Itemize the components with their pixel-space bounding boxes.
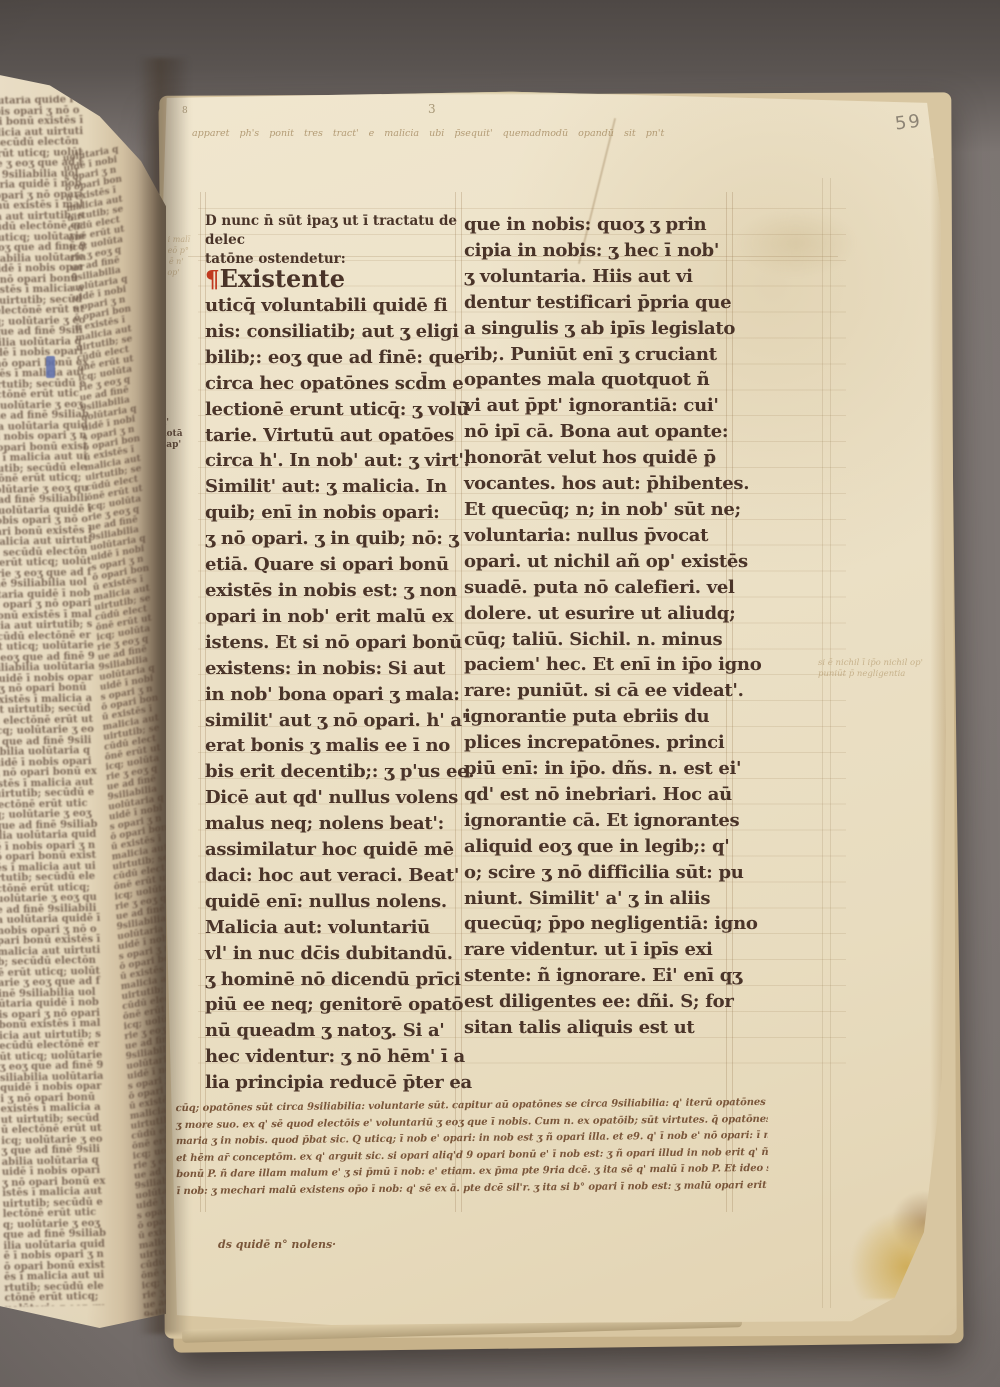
text-line: bilib;: eoʒ que ad finē: que — [205, 345, 465, 371]
text-line: si ē nichil ī ip̄o nichil op' — [818, 658, 936, 669]
text-line: q̄ i malī — [160, 234, 202, 245]
text-line: quib; enī in nobis opari: — [205, 500, 465, 526]
manuscript-page: apparet ph's ponit tres tract' e malicia… — [158, 88, 946, 1325]
text-line: ʒ nō opari. ʒ in quib; nō: ʒ — [205, 526, 465, 552]
text-line: lectionē erunt uticq̄: ʒ volū — [205, 397, 465, 423]
text-line: opari in nob' erit malū ex — [205, 604, 465, 630]
text-line: rare videntur. ut ī ipīs exi — [464, 937, 724, 963]
red-paraph-mark: ¶ — [205, 266, 220, 293]
text-line: sitan talis aliquis est ut — [464, 1015, 724, 1041]
text-line: assimilatur hoc quidē mē — [205, 837, 465, 863]
text-line: piū ee neq; genitorē opatō — [205, 992, 465, 1018]
quire-mark: 3 — [428, 102, 436, 116]
text-line: etiā. Quare si opari bonū — [205, 552, 465, 578]
text-line: honorāt velut hos quidē p̄ — [464, 445, 724, 471]
text-line: piū enī: in ip̄o. dñs. n. est ei' — [464, 756, 724, 782]
text-line: opantes mala quotquot ñ — [464, 367, 724, 393]
text-line: Dicē aut qd' nullus volens — [205, 785, 465, 811]
text-line: niunt. Similit' a' ʒ in aliis — [464, 886, 724, 912]
ruling-line — [822, 178, 823, 1308]
text-column-right: que in nobis: quoʒ ʒ principia in nobis:… — [464, 212, 724, 1041]
text-line: aliquid eoʒ que in legib;: q' — [464, 834, 724, 860]
text-line: qd' est nō inebriari. Hoc aū — [464, 782, 724, 808]
text-line: malus neq; nolens beat': — [205, 811, 465, 837]
text-line: nū queadm ʒ natoʒ. Si a' — [205, 1018, 465, 1044]
text-line: circa hec opatōnes scd̄m e — [205, 371, 465, 397]
folio-number: 59 — [894, 110, 923, 134]
ruling-line — [726, 192, 727, 1212]
text-line: plices increpatōnes. princi — [464, 730, 724, 756]
text-line: istens. Et si nō opari bonū — [205, 630, 465, 656]
text-line: erat bonis ʒ malis ee ī no — [205, 733, 465, 759]
text-line: cūq; taliū. Sichil. n. minus — [464, 627, 724, 653]
text-line: est diligentes ee: dñi. S; for — [464, 989, 724, 1015]
text-line: tarie. Virtutū aut opatōes — [205, 423, 465, 449]
gloss-note: ds quidē n° nolens· — [218, 1238, 336, 1251]
text-line: ā op' — [160, 267, 202, 278]
text-line: lia principia reducē p̄ter ea — [205, 1070, 465, 1096]
bottom-gloss: cūq; opatōnes sūt circa 9siliabilia: … — [175, 1095, 768, 1200]
text-line: voluntaria: nullus p̄vocat — [464, 523, 724, 549]
ruling-line — [732, 192, 733, 1212]
photo-background: apparet ph's ponit tres tract' e malicia… — [0, 0, 1000, 1387]
text-line: vl' in nuc dc̄is dubitandū. — [205, 941, 465, 967]
text-column-left: D nunc n̄ sūt ipaʒ ut ī tractatu de de… — [205, 212, 465, 1096]
text-line: in nob' bona opari ʒ mala: — [205, 682, 465, 708]
header-inscription: apparet ph's ponit tres tract' e malicia… — [192, 128, 682, 139]
text-lines: que in nobis: quoʒ ʒ principia in nobis:… — [464, 212, 724, 1041]
corner-mark: 8 — [182, 106, 188, 116]
text-line: quidē enī: nullus nolens. — [205, 889, 465, 915]
ruling-line — [830, 178, 831, 1308]
text-line: dolere. ut esurire ut aliudq; — [464, 601, 724, 627]
text-line-small: tatōne ostendetur: ¶Existente — [205, 250, 465, 293]
text-line: Malicia aut: voluntariū — [205, 915, 465, 941]
text-line: ʒ hominē nō dicendū prīci — [205, 967, 465, 993]
text-line: Et quecūq; n; in nob' sūt ne; — [464, 497, 724, 523]
text-line: ignorantie cā. Et ignorantes — [464, 808, 724, 834]
text-line: 9 eō p° — [160, 245, 202, 256]
text-line: uticq̄ voluntabili quidē fi — [205, 293, 465, 319]
blue-paraph-mark — [46, 356, 55, 378]
text-line: bis erit decentib;: ʒ p'us ee. — [205, 759, 465, 785]
text-line: o; scire ʒ nō difficilia sūt: pu — [464, 860, 724, 886]
text-line: ignorantie puta ebriis du — [464, 704, 724, 730]
text-line: dentur testificari p̄pria que — [464, 290, 724, 316]
text-line: nis: consiliatib; aut ʒ eligi — [205, 319, 465, 345]
text-line: paciem' hec. Et enī in ip̄o igno — [464, 652, 724, 678]
facing-page: uolūtaria quidē ī nobis opari ʒ nō o… — [0, 52, 166, 1337]
text-line-small: D nunc n̄ sūt ipaʒ ut ī tractatu de de… — [205, 212, 465, 250]
margin-note-faint: q̄ i malī9 eō p°s' ē n'ā op' — [160, 234, 202, 278]
text-line: nō ipī cā. Bona aut opante: — [464, 419, 724, 445]
text-line: vocantes. hos aut: p̄hibentes. — [464, 471, 724, 497]
text-lines: uticq̄ voluntabili quidē finis: consili… — [205, 293, 465, 1096]
text-line: suadē. puta nō calefieri. vel — [464, 575, 724, 601]
text-line: cipia in nobis: ʒ hec ī nob' — [464, 238, 724, 264]
text-line: existens: in nobis: Si aut — [205, 656, 465, 682]
text-line: existēs in nobis est: ʒ non — [205, 578, 465, 604]
text-line: similit' aut ʒ nō opari. h' a' — [205, 708, 465, 734]
text-line: puniūt p̄ negligentia — [818, 669, 936, 680]
text-line: a singulis ʒ ab ipīs legislato — [464, 316, 724, 342]
text-line: daci: hoc aut veraci. Beat' — [205, 863, 465, 889]
text-line: quecūq; p̄po negligentiā: igno — [464, 911, 724, 937]
text-line: s' ē n' — [160, 256, 202, 267]
text-line: hec videntur: ʒ nō hēm' ī a — [205, 1044, 465, 1070]
margin-note-right: si ē nichil ī ip̄o nichil op'puniūt p… — [818, 658, 936, 680]
ruling-line — [200, 192, 201, 1212]
text-line: Similit' aut: ʒ malicia. In — [205, 474, 465, 500]
incipit-word: Existente — [220, 264, 345, 293]
text-line: que in nobis: quoʒ ʒ prin — [464, 212, 724, 238]
text-line: ʒ voluntaria. Hiis aut vi — [464, 264, 724, 290]
text-line: rare: puniūt. si cā ee videat'. — [464, 678, 724, 704]
text-line: vi aut p̄pt' ignorantiā: cui' — [464, 393, 724, 419]
text-line: opari. ut nichil añ op' existēs — [464, 549, 724, 575]
text-line: rib;. Puniūt enī ʒ cruciant — [464, 342, 724, 368]
text-line: circa h'. In nob' aut: ʒ virt'. — [205, 448, 465, 474]
text-line: stente: ñ ignorare. Ei' enī qʒ — [464, 963, 724, 989]
